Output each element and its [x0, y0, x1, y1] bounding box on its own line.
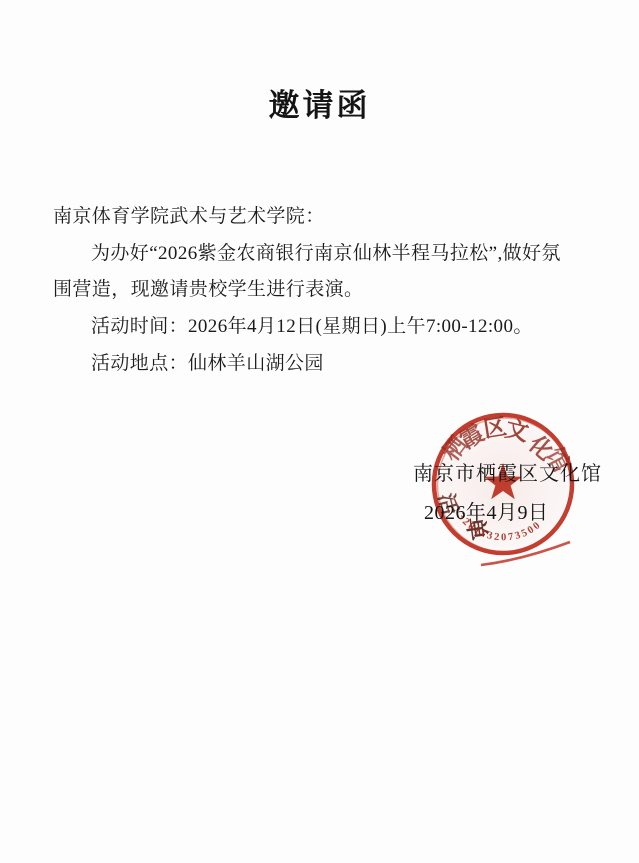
body-line-2: 围营造，现邀请贵校学生进行表演。	[53, 272, 599, 309]
invitation-letter-page: 邀请函 南京体育学院武术与艺术学院： 为办好“2026紫金农商银行南京仙林半程马…	[0, 0, 639, 863]
signature-org: 南京市栖霞区文化馆	[413, 457, 602, 486]
event-location-line: 活动地点：仙林羊山湖公园	[53, 346, 599, 383]
addressee-line: 南京体育学院武术与艺术学院：	[53, 199, 599, 236]
body-line-1: 为办好“2026紫金农商银行南京仙林半程马拉松”,做好氛	[53, 236, 599, 273]
event-time-line: 活动时间：2026年4月12日(星期日)上午7:00-12:00。	[53, 309, 599, 346]
signature-date: 2026年4月9日	[424, 496, 549, 525]
document-title: 邀请函	[0, 80, 639, 125]
official-red-stamp: 栖 霞 区 文 化 馆 活 单 3201132073500	[418, 400, 598, 580]
letter-body: 南京体育学院武术与艺术学院： 为办好“2026紫金农商银行南京仙林半程马拉松”,…	[53, 199, 599, 383]
